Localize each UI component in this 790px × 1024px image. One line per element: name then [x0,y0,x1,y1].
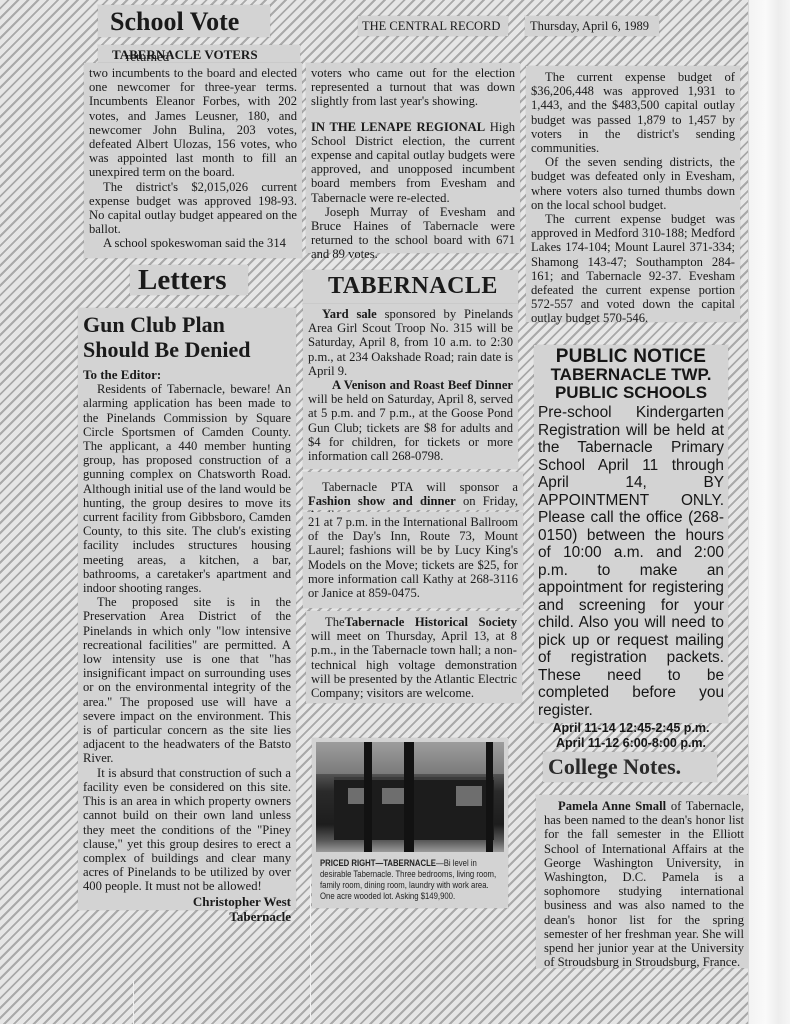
notice-subtitle-2: PUBLIC SCHOOLS [538,384,724,402]
house-photo [316,742,504,852]
letter-salutation: To the Editor: [83,368,291,382]
school-vote-column-3: The current expense budget of $36,206,44… [526,66,740,322]
tabernacle-items-4: TheTabernacle Historical Society will me… [306,611,522,703]
paragraph: voters who came out for the election rep… [311,66,515,109]
subhead-bold: IN THE LENAPE REGIONAL [311,120,485,134]
publication-dateline: Thursday, April 6, 1989 [525,16,659,36]
paragraph: Pamela Anne Small of Tabernacle, has bee… [544,799,744,969]
news-item: Yard sale sponsored by Pinelands Area Gi… [308,307,513,378]
paragraph: The current expense budget of $36,206,44… [531,70,735,155]
tree-trunk [404,742,414,852]
school-vote-column-1: two incumbents to the board and elected … [84,63,302,258]
paste-edge-line [310,880,311,1020]
public-notice: PUBLIC NOTICE TABERNACLE TWP. PUBLIC SCH… [534,345,728,723]
tabernacle-items-1: Yard sale sponsored by Pinelands Area Gi… [303,304,518,469]
paragraph: two incumbents to the board and elected … [89,66,297,180]
notice-body: Pre-school Kindergarten Registration wil… [538,404,724,719]
real-estate-ad: PRICED RIGHT—TABERNACLE—Bi level in desi… [312,738,508,908]
news-item: A Venison and Roast Beef Dinner will be … [308,378,513,463]
paste-edge-line [133,980,134,1024]
notice-subtitle-1: TABERNACLE TWP. [538,366,724,384]
publication-date: Thursday, April 6, 1989 [530,19,649,34]
letter-headline: Gun Club Plan Should Be Denied [83,312,291,362]
paragraph: The current expense budget was approved … [531,212,735,326]
paragraph: The district's $2,015,026 current expens… [89,180,297,237]
tabernacle-items-3: 21 at 7 p.m. in the International Ballro… [303,512,523,608]
letters-heading: Letters [130,265,248,295]
letters-title: Letters [138,264,227,297]
notice-times: April 11-14 12:45-2:45 p.m. April 11-12 … [538,721,724,751]
tabernacle-heading: TABERNACLE [303,270,518,304]
paragraph: Residents of Tabernacle, beware! An alar… [83,382,291,595]
notice-title: PUBLIC NOTICE [538,347,724,366]
publication-masthead: THE CENTRAL RECORD [358,16,508,36]
house-shape [334,777,494,840]
college-notes-article: Pamela Anne Small of Tabernacle, has bee… [536,795,752,968]
paragraph: IN THE LENAPE REGIONAL High School Distr… [311,120,515,205]
news-item: 21 at 7 p.m. in the International Ballro… [308,515,518,600]
publication-name: THE CENTRAL RECORD [362,19,500,34]
school-vote-lead: TABERNACLE VOTERS returned [98,45,300,63]
school-vote-title: School Vote [110,7,239,37]
paragraph: Joseph Murray of Evesham and Bruce Haine… [311,205,515,262]
college-notes-title: College Notes. [548,754,681,780]
tree-trunk [486,742,493,852]
tabernacle-items-2: Tabernacle PTA will sponsor a Fashion sh… [303,472,523,510]
paragraph: A school spokeswoman said the 314 [89,236,297,250]
letter-to-editor: Gun Club Plan Should Be Denied To the Ed… [78,308,296,910]
letter-signature: Christopher West Tabernacle [83,894,291,924]
college-notes-heading: College Notes. [543,752,717,782]
tabernacle-title: TABERNACLE [328,273,498,300]
page-margin [748,0,790,1024]
paragraph: Of the seven sending districts, the budg… [531,155,735,212]
tree-trunk [364,742,372,852]
paragraph: It is absurd that construction of such a… [83,766,291,894]
paragraph: The proposed site is in the Preservation… [83,595,291,765]
school-vote-heading: School Vote [98,5,270,37]
news-item: TheTabernacle Historical Society will me… [311,615,517,700]
clipping-page: School Vote THE CENTRAL RECORD Thursday,… [0,0,748,1024]
photo-caption: PRICED RIGHT—TABERNACLE—Bi level in desi… [320,858,501,902]
school-vote-column-2: voters who came out for the election rep… [306,63,520,253]
